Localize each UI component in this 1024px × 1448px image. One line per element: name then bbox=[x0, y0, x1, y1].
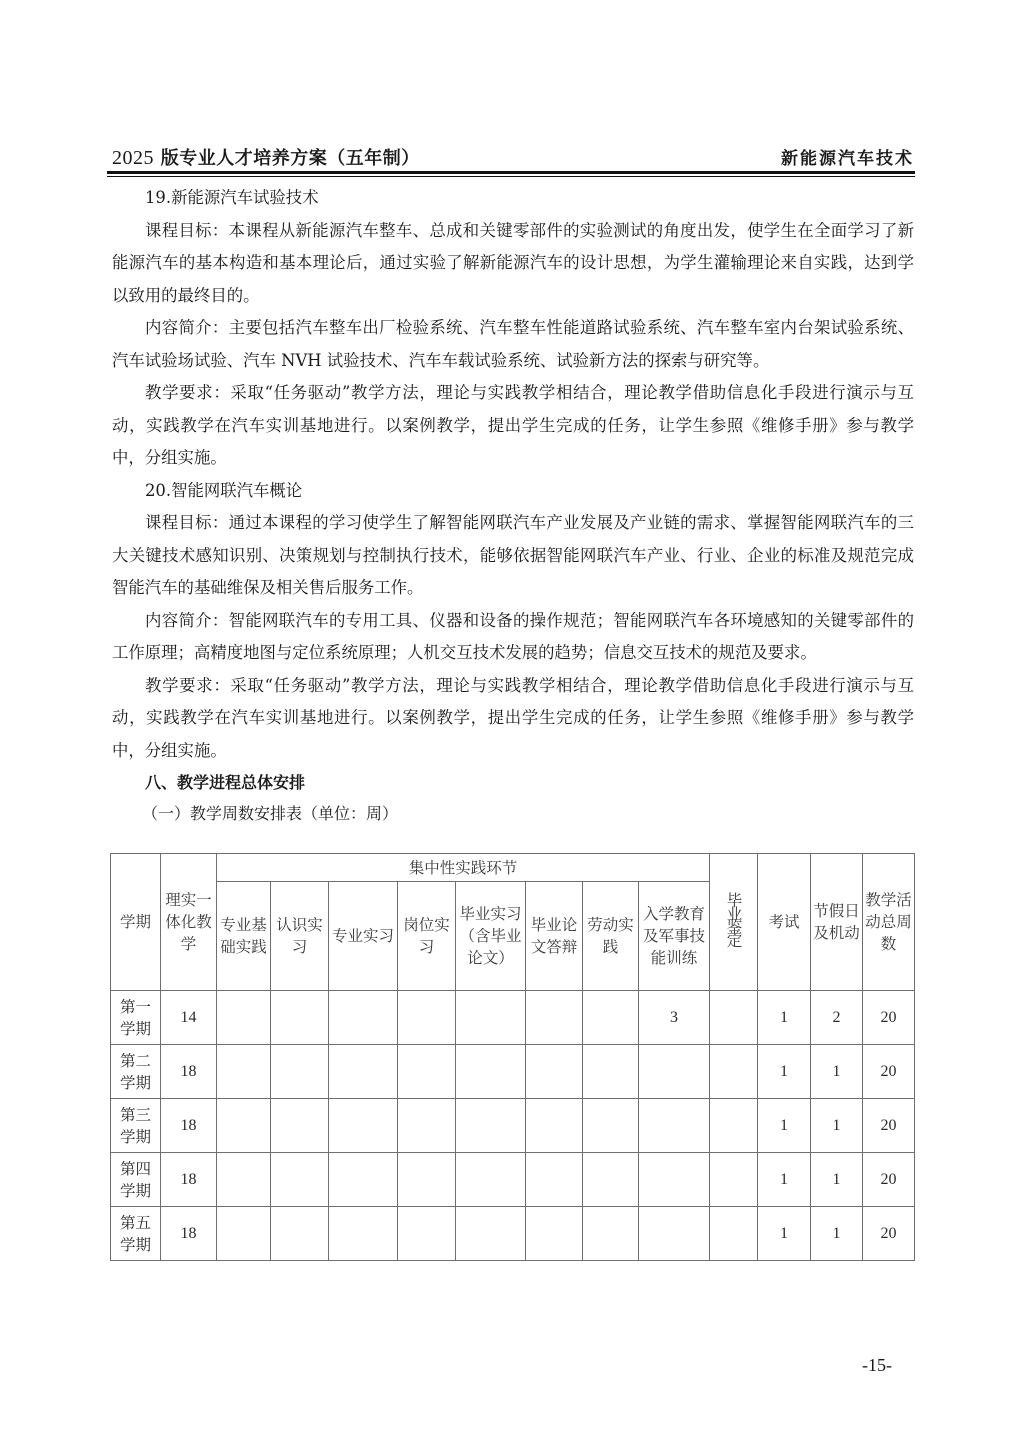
cell-semester: 第三学期 bbox=[111, 1099, 161, 1153]
cell-integrated: 18 bbox=[161, 1207, 217, 1261]
cell-total: 20 bbox=[863, 991, 915, 1045]
course-20-requirement: 教学要求：采取“任务驱动”教学方法，理论与实践教学相结合，理论教学借助信息化手段… bbox=[112, 670, 914, 768]
course-19-goal: 课程目标：本课程从新能源汽车整车、总成和关键零部件的实验测试的角度出发，使学生在… bbox=[112, 215, 914, 313]
cell-exam: 1 bbox=[758, 1207, 811, 1261]
cell-semester: 第五学期 bbox=[111, 1207, 161, 1261]
header-thesis-defense: 毕业论文答辩 bbox=[526, 882, 583, 991]
cell-sub bbox=[456, 1045, 526, 1099]
document-title-text: 版专业人才培养方案（五年制） bbox=[161, 148, 420, 169]
header-post-internship: 岗位实习 bbox=[398, 882, 456, 991]
cell-sub bbox=[271, 1099, 329, 1153]
header-military-training: 入学教育及军事技能训练 bbox=[639, 882, 710, 991]
cell-sub bbox=[217, 1153, 271, 1207]
cell-appraisal bbox=[710, 1045, 758, 1099]
cell-sub bbox=[217, 1207, 271, 1261]
header-graduation-appraisal-text: 毕业鉴定 bbox=[723, 892, 745, 946]
cell-semester: 第二学期 bbox=[111, 1045, 161, 1099]
cell-total: 20 bbox=[863, 1153, 915, 1207]
cell-holiday: 1 bbox=[811, 1207, 863, 1261]
cell-holiday: 1 bbox=[811, 1045, 863, 1099]
document-title: 2025 版专业人才培养方案（五年制） bbox=[112, 144, 420, 170]
cell-sub bbox=[526, 1045, 583, 1099]
header-integrated: 理实一体化教学 bbox=[161, 854, 217, 991]
cell-exam: 1 bbox=[758, 991, 811, 1045]
table-row: 第三学期 18 1 1 20 bbox=[111, 1099, 915, 1153]
cell-holiday: 2 bbox=[811, 991, 863, 1045]
cell-semester: 第四学期 bbox=[111, 1153, 161, 1207]
cell-sub bbox=[526, 1099, 583, 1153]
cell-integrated: 18 bbox=[161, 1099, 217, 1153]
cell-sub bbox=[526, 1207, 583, 1261]
cell-sub bbox=[639, 1045, 710, 1099]
cell-sub bbox=[639, 1099, 710, 1153]
cell-sub bbox=[329, 1153, 398, 1207]
cell-sub bbox=[583, 1099, 639, 1153]
course-20-goal: 课程目标：通过本课程的学习使学生了解智能网联汽车产业发展及产业链的需求、掌握智能… bbox=[112, 507, 914, 605]
cell-semester: 第一学期 bbox=[111, 991, 161, 1045]
cell-exam: 1 bbox=[758, 1153, 811, 1207]
header-total-weeks: 教学活动总周数 bbox=[863, 854, 915, 991]
header-holiday: 节假日及机动 bbox=[811, 854, 863, 991]
cell-sub bbox=[639, 1153, 710, 1207]
cell-holiday: 1 bbox=[811, 1153, 863, 1207]
page-header: 2025 版专业人才培养方案（五年制） 新能源汽车技术 bbox=[112, 140, 914, 168]
cell-sub bbox=[329, 1045, 398, 1099]
course-20-title: 20.智能网联汽车概论 bbox=[112, 475, 914, 508]
section-8-title: 八、教学进程总体安排 bbox=[112, 767, 914, 800]
cell-sub bbox=[329, 1099, 398, 1153]
header-semester: 学期 bbox=[111, 854, 161, 991]
major-name: 新能源汽车技术 bbox=[781, 144, 914, 169]
cell-sub bbox=[217, 1045, 271, 1099]
cell-sub bbox=[583, 1207, 639, 1261]
cell-sub bbox=[456, 1099, 526, 1153]
cell-sub bbox=[398, 1153, 456, 1207]
cell-sub bbox=[583, 991, 639, 1045]
teaching-weeks-table: 学期 理实一体化教学 集中性实践环节 毕业鉴定 考试 节假日及机动 教学活动总周… bbox=[110, 853, 915, 1261]
table-row: 第一学期 14 3 1 2 20 bbox=[111, 991, 915, 1045]
cell-sub bbox=[217, 991, 271, 1045]
table-row: 第四学期 18 1 1 20 bbox=[111, 1153, 915, 1207]
header-labor-practice: 劳动实践 bbox=[583, 882, 639, 991]
cell-exam: 1 bbox=[758, 1099, 811, 1153]
header-basic-practice: 专业基础实践 bbox=[217, 882, 271, 991]
cell-sub bbox=[398, 1099, 456, 1153]
header-rule-thin bbox=[107, 176, 915, 177]
course-20-intro: 内容简介：智能网联汽车的专用工具、仪器和设备的操作规范；智能网联汽车各环境感知的… bbox=[112, 605, 914, 670]
cell-sub bbox=[398, 1207, 456, 1261]
cell-sub bbox=[639, 1207, 710, 1261]
cell-total: 20 bbox=[863, 1207, 915, 1261]
cell-sub bbox=[271, 1207, 329, 1261]
header-centralized-practice: 集中性实践环节 bbox=[217, 854, 710, 882]
main-content: 19.新能源汽车试验技术 课程目标：本课程从新能源汽车整车、总成和关键零部件的实… bbox=[112, 182, 914, 828]
cell-integrated: 14 bbox=[161, 991, 217, 1045]
page-number: -15- bbox=[862, 1355, 892, 1376]
header-graduation-internship: 毕业实习（含毕业论文） bbox=[456, 882, 526, 991]
cell-sub: 3 bbox=[639, 991, 710, 1045]
cell-sub bbox=[456, 1153, 526, 1207]
cell-appraisal bbox=[710, 991, 758, 1045]
header-cognition-internship: 认识实习 bbox=[271, 882, 329, 991]
cell-total: 20 bbox=[863, 1045, 915, 1099]
cell-sub bbox=[271, 991, 329, 1045]
cell-sub bbox=[217, 1099, 271, 1153]
cell-sub bbox=[583, 1153, 639, 1207]
cell-appraisal bbox=[710, 1099, 758, 1153]
table-row: 第二学期 18 1 1 20 bbox=[111, 1045, 915, 1099]
cell-exam: 1 bbox=[758, 1045, 811, 1099]
table-row: 第五学期 18 1 1 20 bbox=[111, 1207, 915, 1261]
cell-sub bbox=[583, 1045, 639, 1099]
header-exam: 考试 bbox=[758, 854, 811, 991]
cell-appraisal bbox=[710, 1153, 758, 1207]
cell-sub bbox=[526, 991, 583, 1045]
cell-sub bbox=[398, 991, 456, 1045]
cell-sub bbox=[456, 1207, 526, 1261]
cell-sub bbox=[456, 991, 526, 1045]
cell-sub bbox=[329, 991, 398, 1045]
cell-sub bbox=[398, 1045, 456, 1099]
header-professional-internship: 专业实习 bbox=[329, 882, 398, 991]
course-19-title: 19.新能源汽车试验技术 bbox=[112, 182, 914, 215]
cell-sub bbox=[526, 1153, 583, 1207]
course-19-intro: 内容简介：主要包括汽车整车出厂检验系统、汽车整车性能道路试验系统、汽车整车室内台… bbox=[112, 312, 914, 377]
document-year: 2025 bbox=[112, 147, 154, 169]
header-rule-thick bbox=[107, 171, 915, 174]
cell-sub bbox=[271, 1153, 329, 1207]
cell-total: 20 bbox=[863, 1099, 915, 1153]
cell-integrated: 18 bbox=[161, 1153, 217, 1207]
header-graduation-appraisal: 毕业鉴定 bbox=[710, 854, 758, 991]
cell-integrated: 18 bbox=[161, 1045, 217, 1099]
course-19-requirement: 教学要求：采取“任务驱动”教学方法，理论与实践教学相结合，理论教学借助信息化手段… bbox=[112, 377, 914, 475]
table-caption: （一）教学周数安排表（单位：周） bbox=[112, 800, 914, 828]
cell-sub bbox=[271, 1045, 329, 1099]
cell-appraisal bbox=[710, 1207, 758, 1261]
cell-holiday: 1 bbox=[811, 1099, 863, 1153]
cell-sub bbox=[329, 1207, 398, 1261]
